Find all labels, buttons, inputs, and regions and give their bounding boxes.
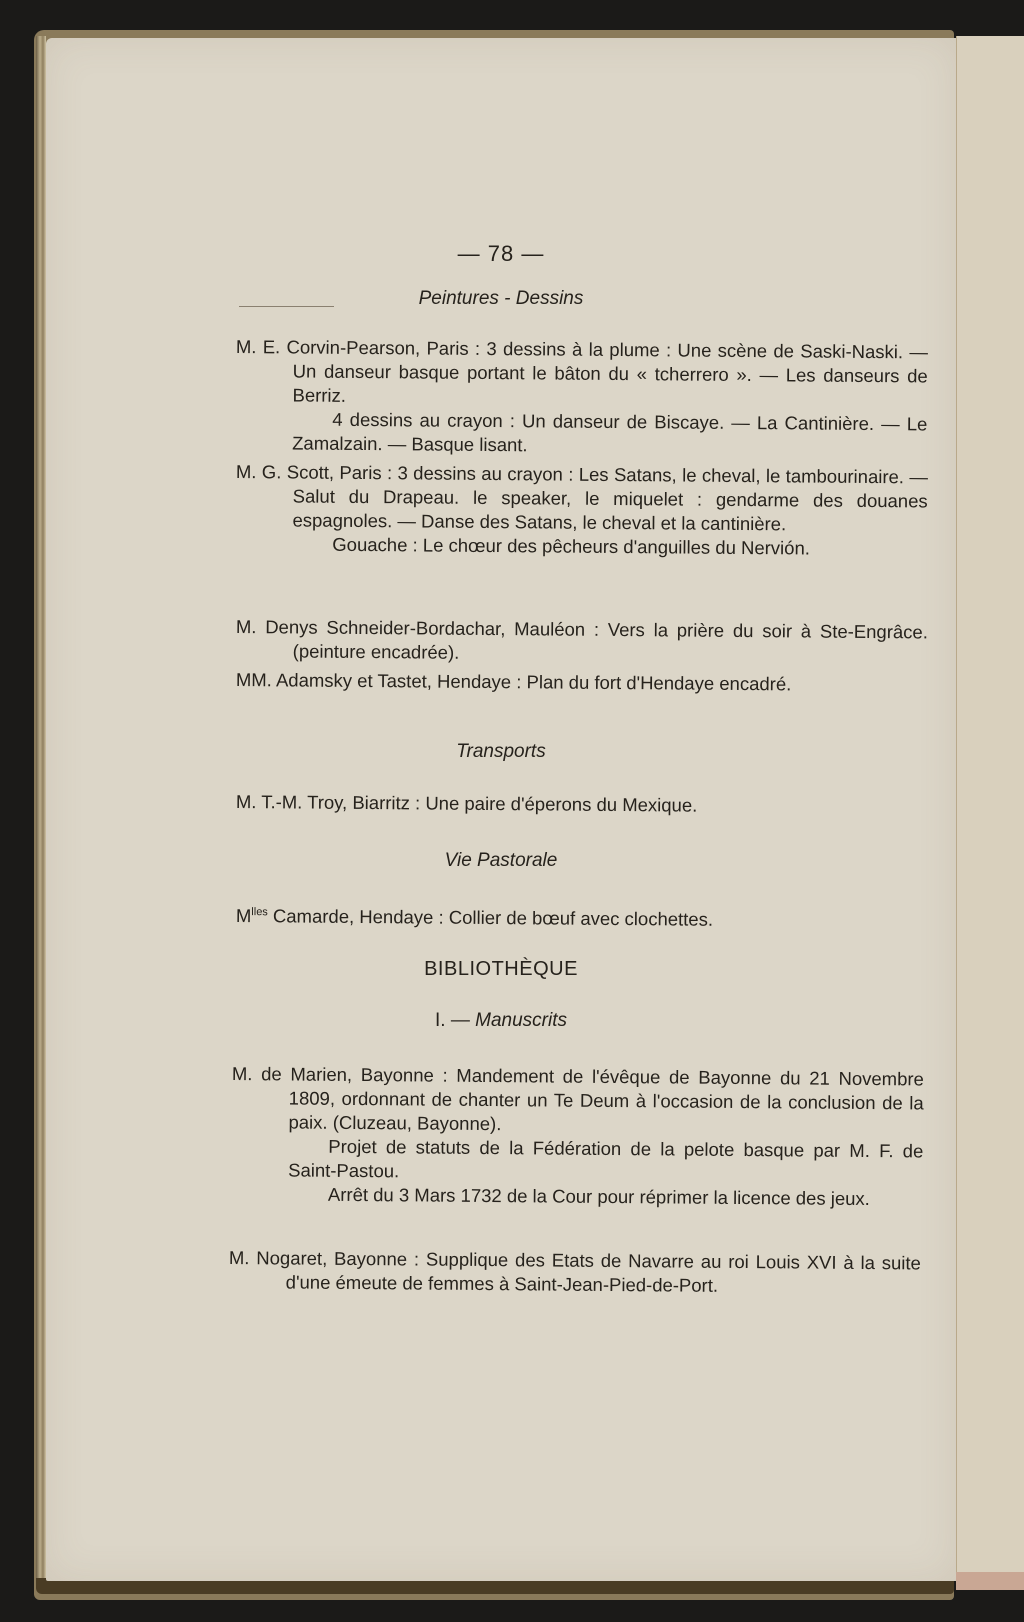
entry-text: M. de Marien, Bayonne : Mandement de l'é… — [232, 1063, 924, 1134]
subsection-number: I. — — [435, 1010, 475, 1031]
entry-text: M. T.-M. Troy, Biarritz : Une paire d'ép… — [236, 791, 698, 816]
page-number: — 78 — — [46, 241, 956, 267]
entry-text: M. Nogaret, Bayonne : Supplique des Etat… — [229, 1247, 921, 1296]
entry-text: M. G. Scott, Paris : 3 dessins au crayon… — [236, 461, 928, 534]
entry-prefix: M — [236, 905, 252, 926]
entry-subtext: Projet de statuts de la Fédération de la… — [231, 1134, 923, 1187]
entry-subtext: Gouache : Le chœur des pêcheurs d'anguil… — [235, 532, 927, 561]
entry-adamsky-tastet: MM. Adamsky et Tastet, Hendaye : Plan du… — [236, 668, 928, 697]
entry-scott: M. G. Scott, Paris : 3 dessins au crayon… — [235, 460, 928, 561]
entry-text: MM. Adamsky et Tastet, Hendaye : Plan du… — [236, 669, 792, 694]
entry-text: M. Denys Schneider-Bordachar, Mauléon : … — [236, 616, 928, 663]
entry-nogaret: M. Nogaret, Bayonne : Supplique des Etat… — [229, 1246, 921, 1299]
adjacent-page — [956, 36, 1024, 1582]
divider — [239, 306, 334, 307]
section-title-peintures: Peintures - Dessins — [46, 288, 956, 310]
entry-subtext: 4 dessins au crayon : Un danseur de Bisc… — [235, 407, 927, 460]
entry-marien: M. de Marien, Bayonne : Mandement de l'é… — [231, 1062, 924, 1211]
page-content: — 78 — Peintures - Dessins M. E. Corvin-… — [46, 38, 956, 1581]
subsection-name: Manuscrits — [475, 1010, 567, 1031]
entry-troy: M. T.-M. Troy, Biarritz : Une paire d'ép… — [236, 790, 928, 819]
entry-camarde: Mlles Camarde, Hendaye : Collier de bœuf… — [236, 900, 928, 933]
entry-text: Camarde, Hendaye : Collier de bœuf avec … — [268, 905, 713, 929]
entry-prefix-sup: lles — [251, 906, 268, 918]
entry-text: M. E. Corvin-Pearson, Paris : 3 dessins … — [236, 336, 928, 406]
page-edges — [36, 36, 46, 1582]
section-title-vie-pastorale: Vie Pastorale — [46, 850, 956, 872]
entry-corvin-pearson: M. E. Corvin-Pearson, Paris : 3 dessins … — [235, 335, 928, 460]
subsection-title: I. — Manuscrits — [46, 1010, 956, 1032]
entry-schneider-bordachar: M. Denys Schneider-Bordachar, Mauléon : … — [236, 615, 928, 668]
section-title-bibliotheque: BIBLIOTHÈQUE — [46, 958, 956, 981]
document-page: — 78 — Peintures - Dessins M. E. Corvin-… — [46, 38, 956, 1581]
section-title-transports: Transports — [46, 741, 956, 763]
adjacent-page-tab — [956, 1572, 1024, 1590]
entry-subtext-2: Arrêt du 3 Mars 1732 de la Cour pour rép… — [231, 1182, 923, 1211]
